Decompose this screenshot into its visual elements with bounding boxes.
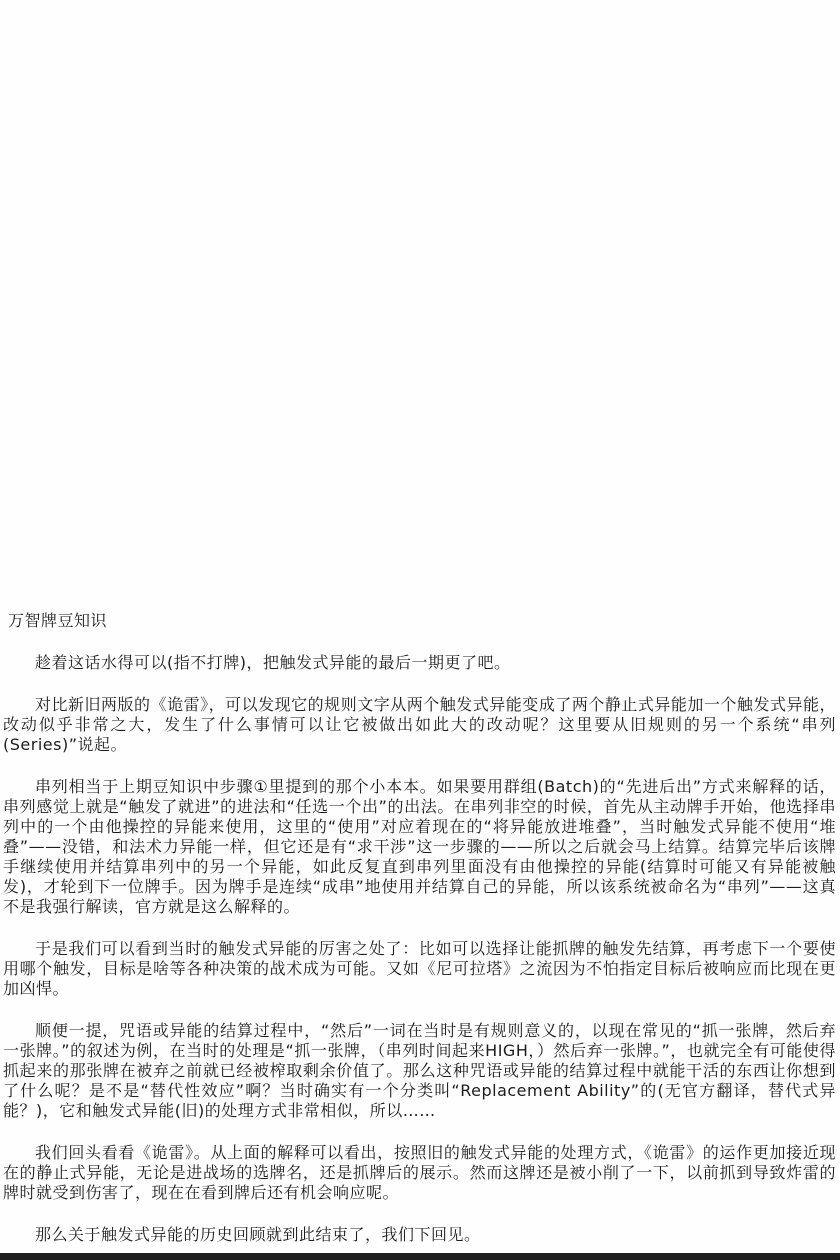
article-body: 万智牌豆知识 趁着这话水得可以(指不打牌)，把触发式异能的最后一期更了吧。 对比… xyxy=(3,611,836,1245)
document-page: 万智牌豆知识 趁着这话水得可以(指不打牌)，把触发式异能的最后一期更了吧。 对比… xyxy=(0,0,840,1260)
paragraph-series-explanation: 串列相当于上期豆知识中步骤①里提到的那个小本本。如果要用群组(Batch)的“先… xyxy=(3,777,836,917)
paragraph-trickbind-revisited: 我们回头看看《诡雷》。从上面的解释可以看出，按照旧的触发式异能的处理方式，《诡雷… xyxy=(3,1143,836,1203)
paragraph-replacement-ability: 顺便一提，咒语或异能的结算过程中，“然后”一词在当时是有规则意义的，以现在常见的… xyxy=(3,1021,836,1121)
cropped-image-edge xyxy=(0,1253,840,1260)
paragraph-closing: 那么关于触发式异能的历史回顾就到此结束了，我们下回见。 xyxy=(3,1225,836,1245)
article-title: 万智牌豆知识 xyxy=(8,611,836,631)
paragraph-triggered-ability-strength: 于是我们可以看到当时的触发式异能的厉害之处了：比如可以选择让能抓牌的触发先结算，… xyxy=(3,939,836,999)
paragraph-trickbind-comparison: 对比新旧两版的《诡雷》，可以发现它的规则文字从两个触发式异能变成了两个静止式异能… xyxy=(3,695,836,755)
paragraph-intro: 趁着这话水得可以(指不打牌)，把触发式异能的最后一期更了吧。 xyxy=(3,653,836,673)
